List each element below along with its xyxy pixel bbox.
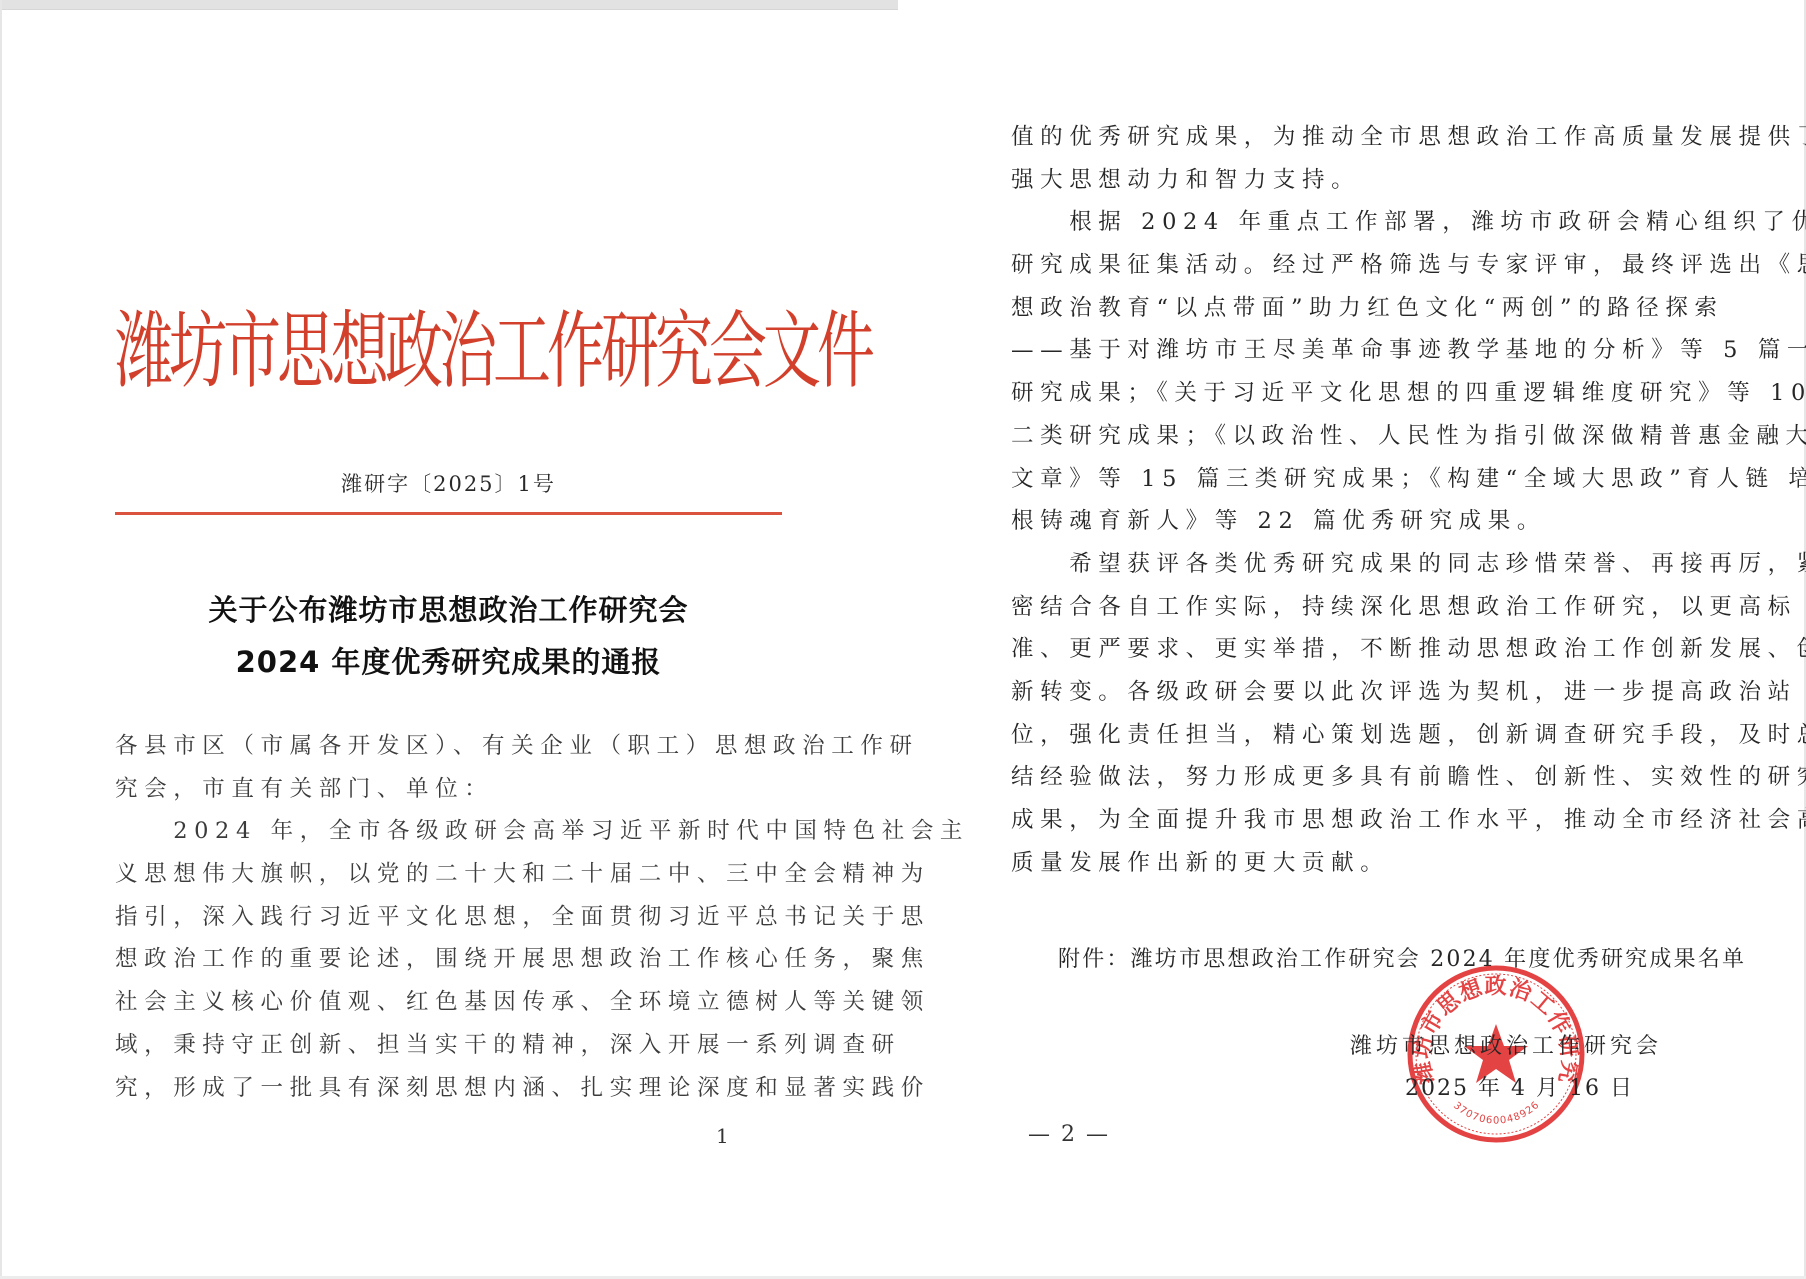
body-line: 研究成果征集活动。经过严格筛选与专家评审，最终评选出《思 [1011, 244, 1701, 287]
body-line: 值的优秀研究成果，为推动全市思想政治工作高质量发展提供了 [1011, 116, 1701, 159]
body-line: 想政治工作的重要论述，围绕开展思想政治工作核心任务，聚焦 [115, 938, 795, 981]
body-line: 2024 年，全市各级政研会高举习近平新时代中国特色社会主 [115, 810, 795, 853]
page-number-2: — 2 — [1028, 1122, 1110, 1147]
body-line: 二类研究成果；《以政治性、人民性为指引做深做精普惠金融大 [1011, 415, 1701, 458]
body-line: 义思想伟大旗帜，以党的二十大和二十届二中、三中全会精神为 [115, 853, 795, 896]
body-line: 根据 2024 年重点工作部署，潍坊市政研会精心组织了优秀 [1011, 201, 1701, 244]
body-line: 根铸魂育新人》等 22 篇优秀研究成果。 [1011, 500, 1701, 543]
body-line: 想政治教育“以点带面”助力红色文化“两创”的路径探索 [1011, 287, 1701, 330]
page-2-body: 值的优秀研究成果，为推动全市思想政治工作高质量发展提供了 强大思想动力和智力支持… [1011, 116, 1701, 884]
body-line: 希望获评各类优秀研究成果的同志珍惜荣誉、再接再厉，紧 [1011, 543, 1701, 586]
document-header-title: 潍坊市思想政治工作研究会文件 [115, 286, 785, 417]
body-line: 准、更严要求、更实举措，不断推动思想政治工作创新发展、创 [1011, 628, 1701, 671]
body-line: 新转变。各级政研会要以此次评选为契机，进一步提高政治站 [1011, 671, 1701, 714]
body-line: 位，强化责任担当，精心策划选题，创新调查研究手段，及时总 [1011, 714, 1701, 757]
body-line: 强大思想动力和智力支持。 [1011, 159, 1701, 202]
page-number-1: 1 [716, 1124, 729, 1148]
body-line: 质量发展作出新的更大贡献。 [1011, 842, 1701, 885]
svg-text:3707060048926: 3707060048926 [1451, 1099, 1542, 1126]
red-divider-rule [115, 512, 782, 515]
page-1-body: 各县市区（市属各开发区）、有关企业（职工）思想政治工作研 究会，市直有关部门、单… [115, 725, 795, 1109]
body-line: 各县市区（市属各开发区）、有关企业（职工）思想政治工作研 [115, 725, 795, 768]
body-line: 文章》等 15 篇三类研究成果；《构建“全域大思政”育人链 培 [1011, 458, 1701, 501]
body-line: 社会主义核心价值观、红色基因传承、全环境立德树人等关键领 [115, 981, 795, 1024]
seal-code: 3707060048926 [1451, 1099, 1542, 1126]
notice-title-line-1: 关于公布潍坊市思想政治工作研究会 [115, 588, 782, 629]
notice-title-line-2: 2024 年度优秀研究成果的通报 [115, 640, 782, 681]
signature-organization: 潍坊市思想政治工作研究会 [1350, 1029, 1662, 1060]
attachment-note: 附件：潍坊市思想政治工作研究会 2024 年度优秀研究成果名单 [1058, 942, 1746, 973]
body-line: 成果，为全面提升我市思想政治工作水平，推动全市经济社会高 [1011, 799, 1701, 842]
body-line: ——基于对潍坊市王尽美革命事迹教学基地的分析》等 5 篇一类 [1011, 329, 1701, 372]
body-line: 指引，深入践行习近平文化思想，全面贯彻习近平总书记关于思 [115, 896, 795, 939]
signature-date: 2025 年 4 月 16 日 [1405, 1071, 1634, 1102]
document-number: 潍研字〔2025〕1号 [115, 468, 782, 498]
body-line: 研究成果；《关于习近平文化思想的四重逻辑维度研究》等 10 篇 [1011, 372, 1701, 415]
body-line: 域，秉持守正创新、担当实干的精神，深入开展一系列调查研 [115, 1024, 795, 1067]
body-line: 究，形成了一批具有深刻思想内涵、扎实理论深度和显著实践价 [115, 1067, 795, 1110]
body-line: 究会，市直有关部门、单位： [115, 768, 795, 811]
body-line: 密结合各自工作实际，持续深化思想政治工作研究，以更高标 [1011, 586, 1701, 629]
body-line: 结经验做法，努力形成更多具有前瞻性、创新性、实效性的研究 [1011, 756, 1701, 799]
